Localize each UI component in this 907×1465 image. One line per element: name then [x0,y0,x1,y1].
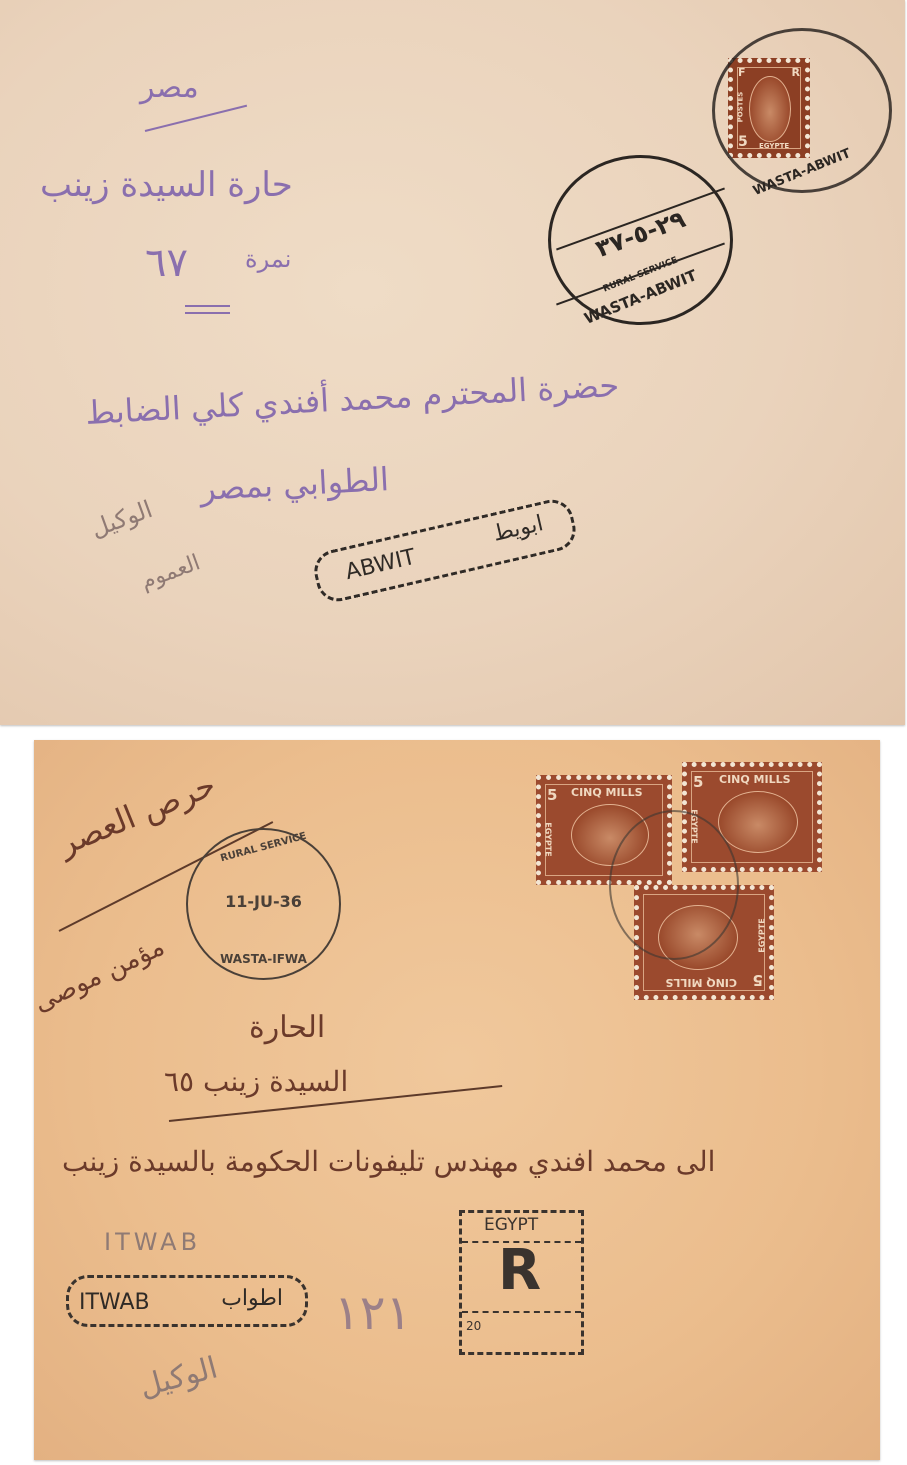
handwritten-city: مصر [140,70,199,105]
postmark-on-stamps [609,810,739,960]
side-note-1: الوكيل [87,495,156,543]
envelope-bottom: حرص العصر مؤمن موصى الحارة السيدة زينب ٦… [34,740,880,1460]
handwritten-top-left: حرص العصر [53,765,221,862]
addressee-line-1: حضرة المحترم محمد أفندي كلي الضابط [84,366,620,432]
envelope-top: مصر حارة السيدة زينب نمرة ٦٧ حضرة المحتر… [0,0,905,725]
postmark-rural-service: RURAL SERVICE 11-JU-36 WASTA-IFWA [186,828,341,980]
handwritten-bottom-note: الوكيل [136,1350,221,1404]
postmark-service: RURAL SERVICE [189,823,338,873]
office-cachet-abwit: ABWIT ابويط [310,495,580,605]
postmark-town: WASTA-IFWA [188,952,339,966]
handwritten-number-label: نمرة [245,245,291,273]
addressee: الى محمد افندي مهندس تليفونات الحكومة با… [62,1145,715,1178]
postmark-on-stamp: WASTA-ABWIT [712,28,892,193]
registration-cachet: EGYPT R 20 [459,1210,584,1355]
handwritten-street: حارة السيدة زينب [40,165,293,205]
handwritten-number: ٦٧ [145,240,188,286]
underline [185,312,230,314]
side-note-2: العموم [138,550,204,594]
underline [185,305,230,307]
handwritten-left-note: مؤمن موصى [29,932,169,1019]
handwritten-district-1: الحارة [249,1010,325,1045]
office-cachet-itwab: ITWAB اطواب [66,1275,308,1327]
handwritten-number: ١٢١ [334,1285,411,1341]
underline [145,105,247,132]
postmark-date: 11-JU-36 [188,892,339,911]
handwritten-district-2: السيدة زينب ٦٥ [164,1065,348,1098]
pencil-itwab: ITWAB [104,1228,201,1256]
postmark-rural-service: ٢٩-٥-٣٧ RURAL SERVICE WASTA-ABWIT [548,155,733,325]
addressee-line-2: الطوابي بمصر [199,460,390,508]
